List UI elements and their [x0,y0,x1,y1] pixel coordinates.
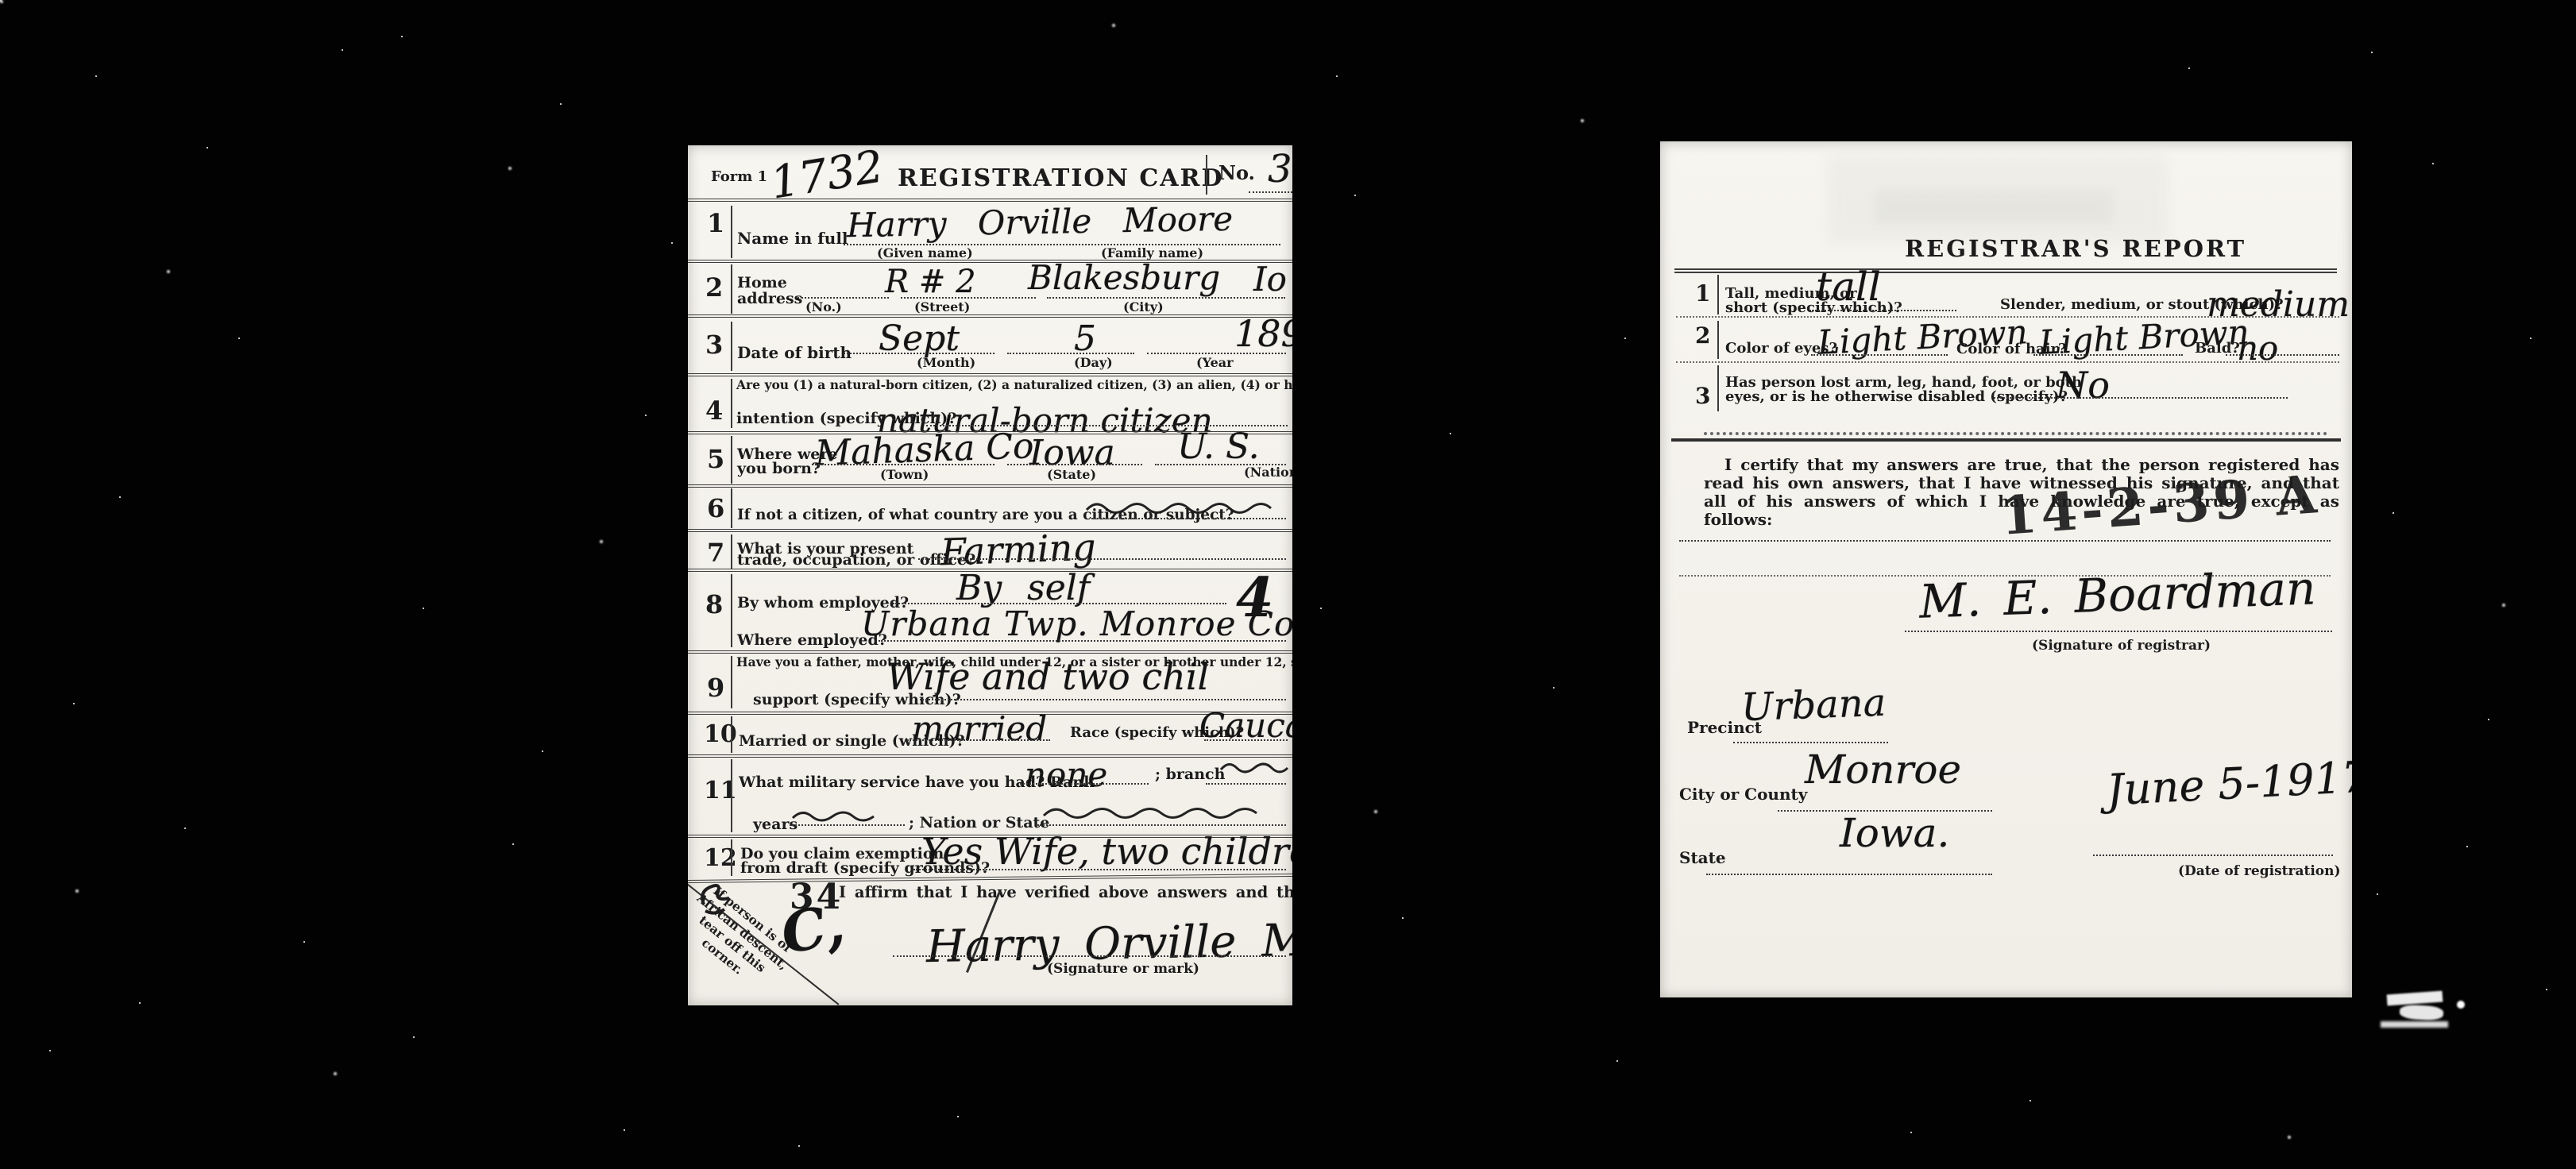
row-number: 4 [705,398,723,425]
rank-value-handwritten: none [1025,758,1107,792]
ditto-mark [1218,758,1288,774]
row-number: 2 [1695,324,1710,348]
margin-mark-handwritten: 4 [1236,571,1273,625]
address-street-handwritten: R # 2 [885,266,976,298]
town-line [812,464,994,465]
where-employed-line [879,640,1286,642]
row-divider [731,839,732,876]
rank-line [1020,783,1149,785]
registrar-signature-handwritten: M. E. Boardman [1918,565,2316,624]
where-employed-value-handwritten: Urbana Twp. Monroe Co. Io [861,608,1292,641]
state-caption: (State) [1047,469,1096,482]
home-label-1: Home [737,275,787,291]
trade-line [918,558,1286,560]
alien-line [1091,518,1286,519]
scratch-mark [2379,985,2490,1056]
eyes-line [1811,354,1948,356]
card-title: REGISTRATION CARD [898,166,1223,191]
branch-line [1206,783,1286,785]
row-divider [731,534,732,569]
row-divider [731,656,732,708]
no-caption: (No.) [805,301,842,314]
signature-caption: (Signature or mark) [1047,962,1199,976]
trade-value-handwritten: Farming [940,529,1096,571]
rule [688,484,1292,488]
given-name-caption: (Given name) [877,247,973,260]
address-state-handwritten: Io [1253,263,1287,296]
report-title: REGISTRAR'S REPORT [1905,237,2246,261]
faded-stamp [1875,191,2113,224]
state-label: State [1679,850,1726,866]
address-city-line [1047,297,1285,299]
branch-label: ; branch [1155,766,1225,782]
race-line [1204,739,1288,741]
row-divider [1717,275,1719,314]
document-scan-background: Form 1 1732 REGISTRATION CARD No. 3 1 Na… [0,0,2576,1169]
registrar-signature-line [1905,631,2332,632]
section-rule [1671,438,2341,442]
row-number: 7 [707,540,724,567]
row-number: 6 [707,496,724,523]
alien-question-label: If not a citizen, of what country are yo… [737,507,1234,523]
rule [1674,268,2337,273]
year-caption: (Year [1196,357,1234,370]
born-nation-handwritten: U. S. [1177,430,1260,465]
town-caption: (Town) [880,469,929,482]
row-number: 5 [707,446,724,473]
row-divider [1717,365,1719,411]
row-divider [1717,321,1719,359]
disability-line [1994,397,2288,399]
row-number: 2 [705,275,723,302]
row-divider [731,379,732,428]
row-number: 3 [1695,384,1710,408]
state-line [1007,464,1142,465]
registrar-signature-caption: (Signature of registrar) [2032,639,2211,653]
state-value-handwritten: Iowa. [1840,813,1949,853]
bald-value-handwritten: no [2237,332,2278,365]
exemption-value-handwritten: Yes Wife, two children [921,833,1292,870]
day-caption: (Day) [1074,357,1113,370]
rule [688,314,1292,318]
date-caption: (Date of registration) [2178,864,2341,878]
birth-year-handwritten: 189 [1234,315,1292,352]
years-line [790,824,905,826]
row-number: 1 [707,210,724,237]
rule [688,754,1292,758]
precinct-line [1733,742,1888,743]
ditto-mark [1041,803,1279,822]
height-value-handwritten: tall [1816,267,1881,307]
employer-value-handwritten: By self [956,571,1090,606]
dependents-line [920,699,1286,700]
no-line [1249,191,1292,193]
name-label: Name in full [737,230,848,247]
nation-line [1037,824,1286,826]
height-line [1809,310,1956,311]
nation-caption: (Nation [1244,466,1292,480]
citizen-question-line2: intention (specify which)? [736,411,956,426]
registration-card: Form 1 1732 REGISTRATION CARD No. 3 1 Na… [688,145,1292,1005]
month-caption: (Month) [917,357,975,370]
row-number: 3 [705,332,723,359]
header-divider [1206,155,1207,195]
row-number: 9 [707,675,724,702]
row-divider [731,322,732,371]
form-number-label: Form 1 [711,169,767,184]
no-label: No. [1218,163,1255,183]
street-caption: (Street) [914,301,970,314]
precinct-value-handwritten: Urbana [1740,684,1887,727]
birth-day-handwritten: 5 [1074,322,1096,357]
citizen-question-line1: Are you (1) a natural-born citizen, (2) … [736,379,1292,392]
date-line [2093,855,2333,856]
row-divider [731,574,732,647]
bald-line [2226,354,2339,356]
registrars-report-card: REGISTRAR'S REPORT 1 Tall, medium, or sh… [1660,141,2352,997]
hair-line [2033,354,2183,356]
section-rule-dotted [1704,432,2327,435]
home-label-2: address [737,291,802,307]
row-divider [731,716,732,753]
city-caption: (City) [1123,301,1164,314]
exception-line [1679,540,2331,542]
serial-number-handwritten: 1732 [767,145,886,206]
ditto-mark [790,807,875,823]
row-rule [1676,361,2339,363]
pen-scribble [697,881,739,917]
row-number: 1 [1695,282,1710,306]
rule [688,373,1292,376]
born-state-handwritten: Iowa [1029,436,1115,471]
address-city-handwritten: Blakesburg [1028,261,1220,295]
born-label-2: you born? [737,461,821,476]
county-label: City or County [1679,786,1807,803]
state-line [1706,874,1992,875]
row-divider [731,759,732,832]
row-divider [731,488,732,528]
birth-label: Date of birth [737,345,852,361]
row-divider [731,206,732,258]
signature-line [893,955,1286,957]
row-number: 8 [705,592,723,619]
nation-or-state-label: ; Nation or State [909,815,1049,831]
row-divider [731,264,732,314]
film-speckles [0,0,3,3]
address-no-line [798,297,889,299]
no-value-handwritten: 3 [1268,150,1292,188]
affirmation-text: I affirm that I have verified above answ… [839,885,1292,901]
registration-date-handwritten: June 5-1917 [2106,755,2352,812]
birth-month-handwritten: Sept [879,322,960,357]
rule [688,650,1292,654]
dependents-value-handwritten: Wife and two chil [886,658,1209,695]
marital-line [907,739,1050,741]
row-divider [731,436,732,484]
county-value-handwritten: Monroe [1805,750,1961,789]
name-value-handwritten: Harry Orville Moore [847,203,1234,242]
race-value-handwritten: Cauca [1199,709,1292,743]
corner-mark-handwritten: C, [778,897,849,963]
exemption-line [913,869,1286,870]
day-line [1007,353,1134,354]
